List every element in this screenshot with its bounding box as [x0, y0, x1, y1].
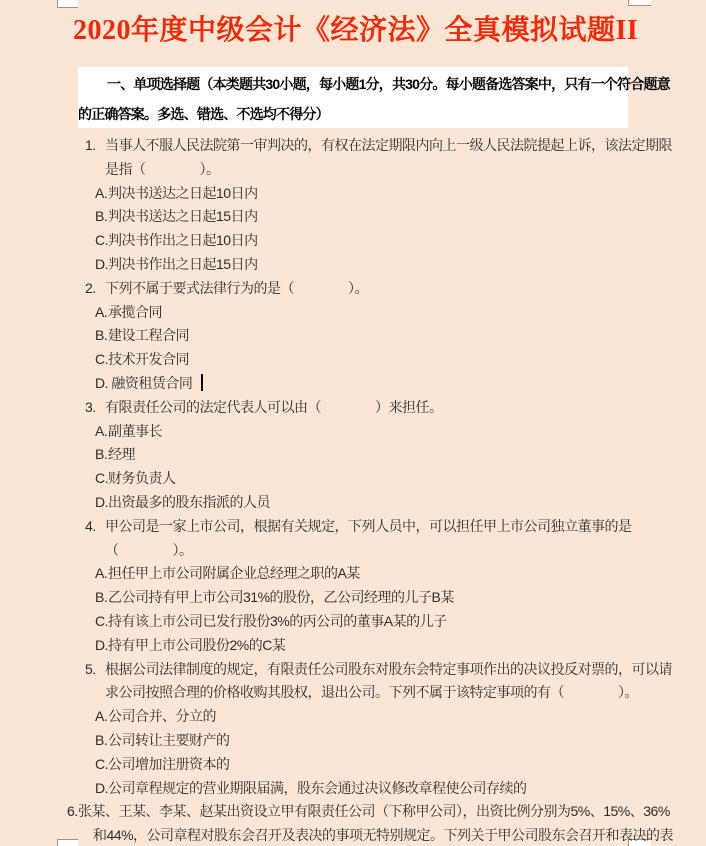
option-label: B. [95, 586, 108, 610]
option-line[interactable]: A.担任甲上市公司附属企业总经理之职的A某 [0, 562, 706, 586]
question-text: 根据公司法律制度的规定，有限责任公司股东对股东会特定事项作出的决议投反对票的，可… [105, 661, 672, 677]
option-text: 公司增加注册资本的 [108, 756, 230, 772]
option-text: 公司转让主要财产的 [108, 732, 230, 748]
option-label: B. [95, 729, 108, 753]
question-number: 3. [85, 396, 96, 420]
question-continuation-line[interactable]: 和44%，公司章程对股东会召开及表决的事项无特别规定。下列关于甲公司股东会召开和… [0, 824, 706, 846]
option-text: 副董事长 [108, 423, 162, 439]
option-text: 担任甲上市公司附属企业总经理之职的A某 [108, 565, 360, 581]
option-label: A. [95, 182, 108, 206]
option-line[interactable]: C.技术开发合同 [0, 348, 706, 372]
option-line[interactable]: C.公司增加注册资本的 [0, 753, 706, 777]
option-text: 公司章程规定的营业期限届满，股东会通过决议修改章程使公司存续的 [108, 780, 527, 796]
option-text: 出资最多的股东指派的人员 [108, 494, 270, 510]
document-title[interactable]: 2020年度中级会计《经济法》全真模拟试题II [73, 12, 673, 50]
option-text: 乙公司持有甲上市公司31%的股份，乙公司经理的儿子B某 [108, 589, 454, 605]
section-header: 一、单项选择题（本类题共30小题，每小题1分，共30分。每小题备选答案中，只有一… [78, 67, 628, 128]
question-number: 5. [85, 658, 96, 682]
question-first-line[interactable]: 5.根据公司法律制度的规定，有限责任公司股东对股东会特定事项作出的决议投反对票的… [0, 658, 706, 682]
option-label: D. [95, 634, 108, 658]
option-label: D. [95, 372, 108, 396]
option-label: B. [95, 205, 108, 229]
text-cursor [201, 374, 203, 391]
question-block: 4.甲公司是一家上市公司，根据有关规定，下列人员中，可以担任甲上市公司独立董事的… [0, 515, 706, 658]
question-continuation-line[interactable]: （ ）。 [0, 539, 706, 563]
option-label: D. [95, 253, 108, 277]
option-label: B. [95, 324, 108, 348]
crop-mark-top-right [628, 0, 651, 6]
option-line[interactable]: A.公司合并、分立的 [0, 705, 706, 729]
option-text: 判决书作出之日起15日内 [108, 256, 258, 272]
option-text: 融资租赁合同 [108, 375, 192, 391]
question-continuation-line[interactable]: 求公司按照合理的价格收购其股权，退出公司。下列不属于该特定事项的有（ ）。 [0, 681, 706, 705]
option-line[interactable]: D.持有甲上市公司股份2%的C某 [0, 634, 706, 658]
question-block: 3.有限责任公司的法定代表人可以由（ ）来担任。A.副董事长B.经理C.财务负责… [0, 396, 706, 515]
question-text: 甲公司是一家上市公司，根据有关规定，下列人员中，可以担任甲上市公司独立董事的是 [105, 518, 632, 534]
option-line[interactable]: C.判决书作出之日起10日内 [0, 229, 706, 253]
question-number: 4. [85, 515, 96, 539]
option-label: D. [95, 777, 108, 801]
option-label: D. [95, 491, 108, 515]
option-line[interactable]: B.乙公司持有甲上市公司31%的股份，乙公司经理的儿子B某 [0, 586, 706, 610]
question-first-line[interactable]: 1.当事人不服人民法院第一审判决的，有权在法定期限内向上一级人民法院提起上诉，该… [0, 134, 706, 158]
questions: 1.当事人不服人民法院第一审判决的，有权在法定期限内向上一级人民法院提起上诉，该… [0, 134, 706, 846]
option-text: 判决书送达之日起10日内 [108, 185, 258, 201]
option-label: A. [95, 420, 108, 444]
crop-mark-top-left [57, 0, 78, 8]
option-label: A. [95, 301, 108, 325]
option-text: 持有甲上市公司股份2%的C某 [108, 637, 285, 653]
document-page: 2020年度中级会计《经济法》全真模拟试题II 一、单项选择题（本类题共30小题… [0, 0, 706, 846]
option-line[interactable]: D.公司章程规定的营业期限届满，股东会通过决议修改章程使公司存续的 [0, 777, 706, 801]
question-first-line[interactable]: 4.甲公司是一家上市公司，根据有关规定，下列人员中，可以担任甲上市公司独立董事的… [0, 515, 706, 539]
option-text: 经理 [108, 446, 135, 462]
question-text: 张某、王某、李某、赵某出资设立甲有限责任公司（下称甲公司），出资比例分别为5%、… [78, 803, 670, 819]
option-line[interactable]: D.判决书作出之日起15日内 [0, 253, 706, 277]
question-block: 1.当事人不服人民法院第一审判决的，有权在法定期限内向上一级人民法院提起上诉，该… [0, 134, 706, 277]
option-label: C. [95, 610, 108, 634]
option-line[interactable]: C.持有该上市公司已发行股份3%的丙公司的董事A某的儿子 [0, 610, 706, 634]
option-line[interactable]: B.经理 [0, 443, 706, 467]
option-label: C. [95, 753, 108, 777]
question-block: 6.张某、王某、李某、赵某出资设立甲有限责任公司（下称甲公司），出资比例分别为5… [0, 800, 706, 846]
question-first-line[interactable]: 3.有限责任公司的法定代表人可以由（ ）来担任。 [0, 396, 706, 420]
question-text: 有限责任公司的法定代表人可以由（ ）来担任。 [105, 399, 443, 415]
question-first-line[interactable]: 6.张某、王某、李某、赵某出资设立甲有限责任公司（下称甲公司），出资比例分别为5… [0, 800, 706, 824]
option-text: 财务负责人 [108, 470, 176, 486]
question-continuation-line[interactable]: 是指（ ）。 [0, 158, 706, 182]
option-label: A. [95, 705, 108, 729]
option-line[interactable]: B.建设工程合同 [0, 324, 706, 348]
option-label: C. [95, 348, 108, 372]
question-block: 5.根据公司法律制度的规定，有限责任公司股东对股东会特定事项作出的决议投反对票的… [0, 658, 706, 801]
question-number: 6. [67, 800, 78, 824]
question-block: 2.下列不属于要式法律行为的是（ ）。A.承揽合同B.建设工程合同C.技术开发合… [0, 277, 706, 396]
option-text: 持有该上市公司已发行股份3%的丙公司的董事A某的儿子 [108, 613, 447, 629]
option-line[interactable]: D.出资最多的股东指派的人员 [0, 491, 706, 515]
section-header-line-1[interactable]: 一、单项选择题（本类题共30小题，每小题1分，共30分。每小题备选答案中，只有一… [78, 69, 628, 99]
option-text: 技术开发合同 [108, 351, 189, 367]
question-text: 当事人不服人民法院第一审判决的，有权在法定期限内向上一级人民法院提起上诉，该法定… [105, 137, 672, 153]
question-number: 2. [85, 277, 96, 301]
option-label: C. [95, 229, 108, 253]
question-number: 1. [85, 134, 96, 158]
option-line[interactable]: B.公司转让主要财产的 [0, 729, 706, 753]
option-text: 承揽合同 [108, 304, 162, 320]
option-label: C. [95, 467, 108, 491]
question-text: 下列不属于要式法律行为的是（ ）。 [105, 280, 368, 296]
option-line[interactable]: B.判决书送达之日起15日内 [0, 205, 706, 229]
option-label: B. [95, 443, 108, 467]
option-line[interactable]: A.判决书送达之日起10日内 [0, 182, 706, 206]
option-text: 判决书作出之日起10日内 [108, 232, 258, 248]
option-text: 判决书送达之日起15日内 [108, 208, 258, 224]
option-line[interactable]: A.副董事长 [0, 420, 706, 444]
option-line[interactable]: C.财务负责人 [0, 467, 706, 491]
option-line[interactable]: D. 融资租赁合同 [0, 372, 706, 396]
option-line[interactable]: A.承揽合同 [0, 301, 706, 325]
option-label: A. [95, 562, 108, 586]
option-text: 建设工程合同 [108, 327, 189, 343]
section-header-line-2[interactable]: 的正确答案。多选、错选、不选均不得分） [78, 99, 628, 129]
question-first-line[interactable]: 2.下列不属于要式法律行为的是（ ）。 [0, 277, 706, 301]
option-text: 公司合并、分立的 [108, 708, 216, 724]
